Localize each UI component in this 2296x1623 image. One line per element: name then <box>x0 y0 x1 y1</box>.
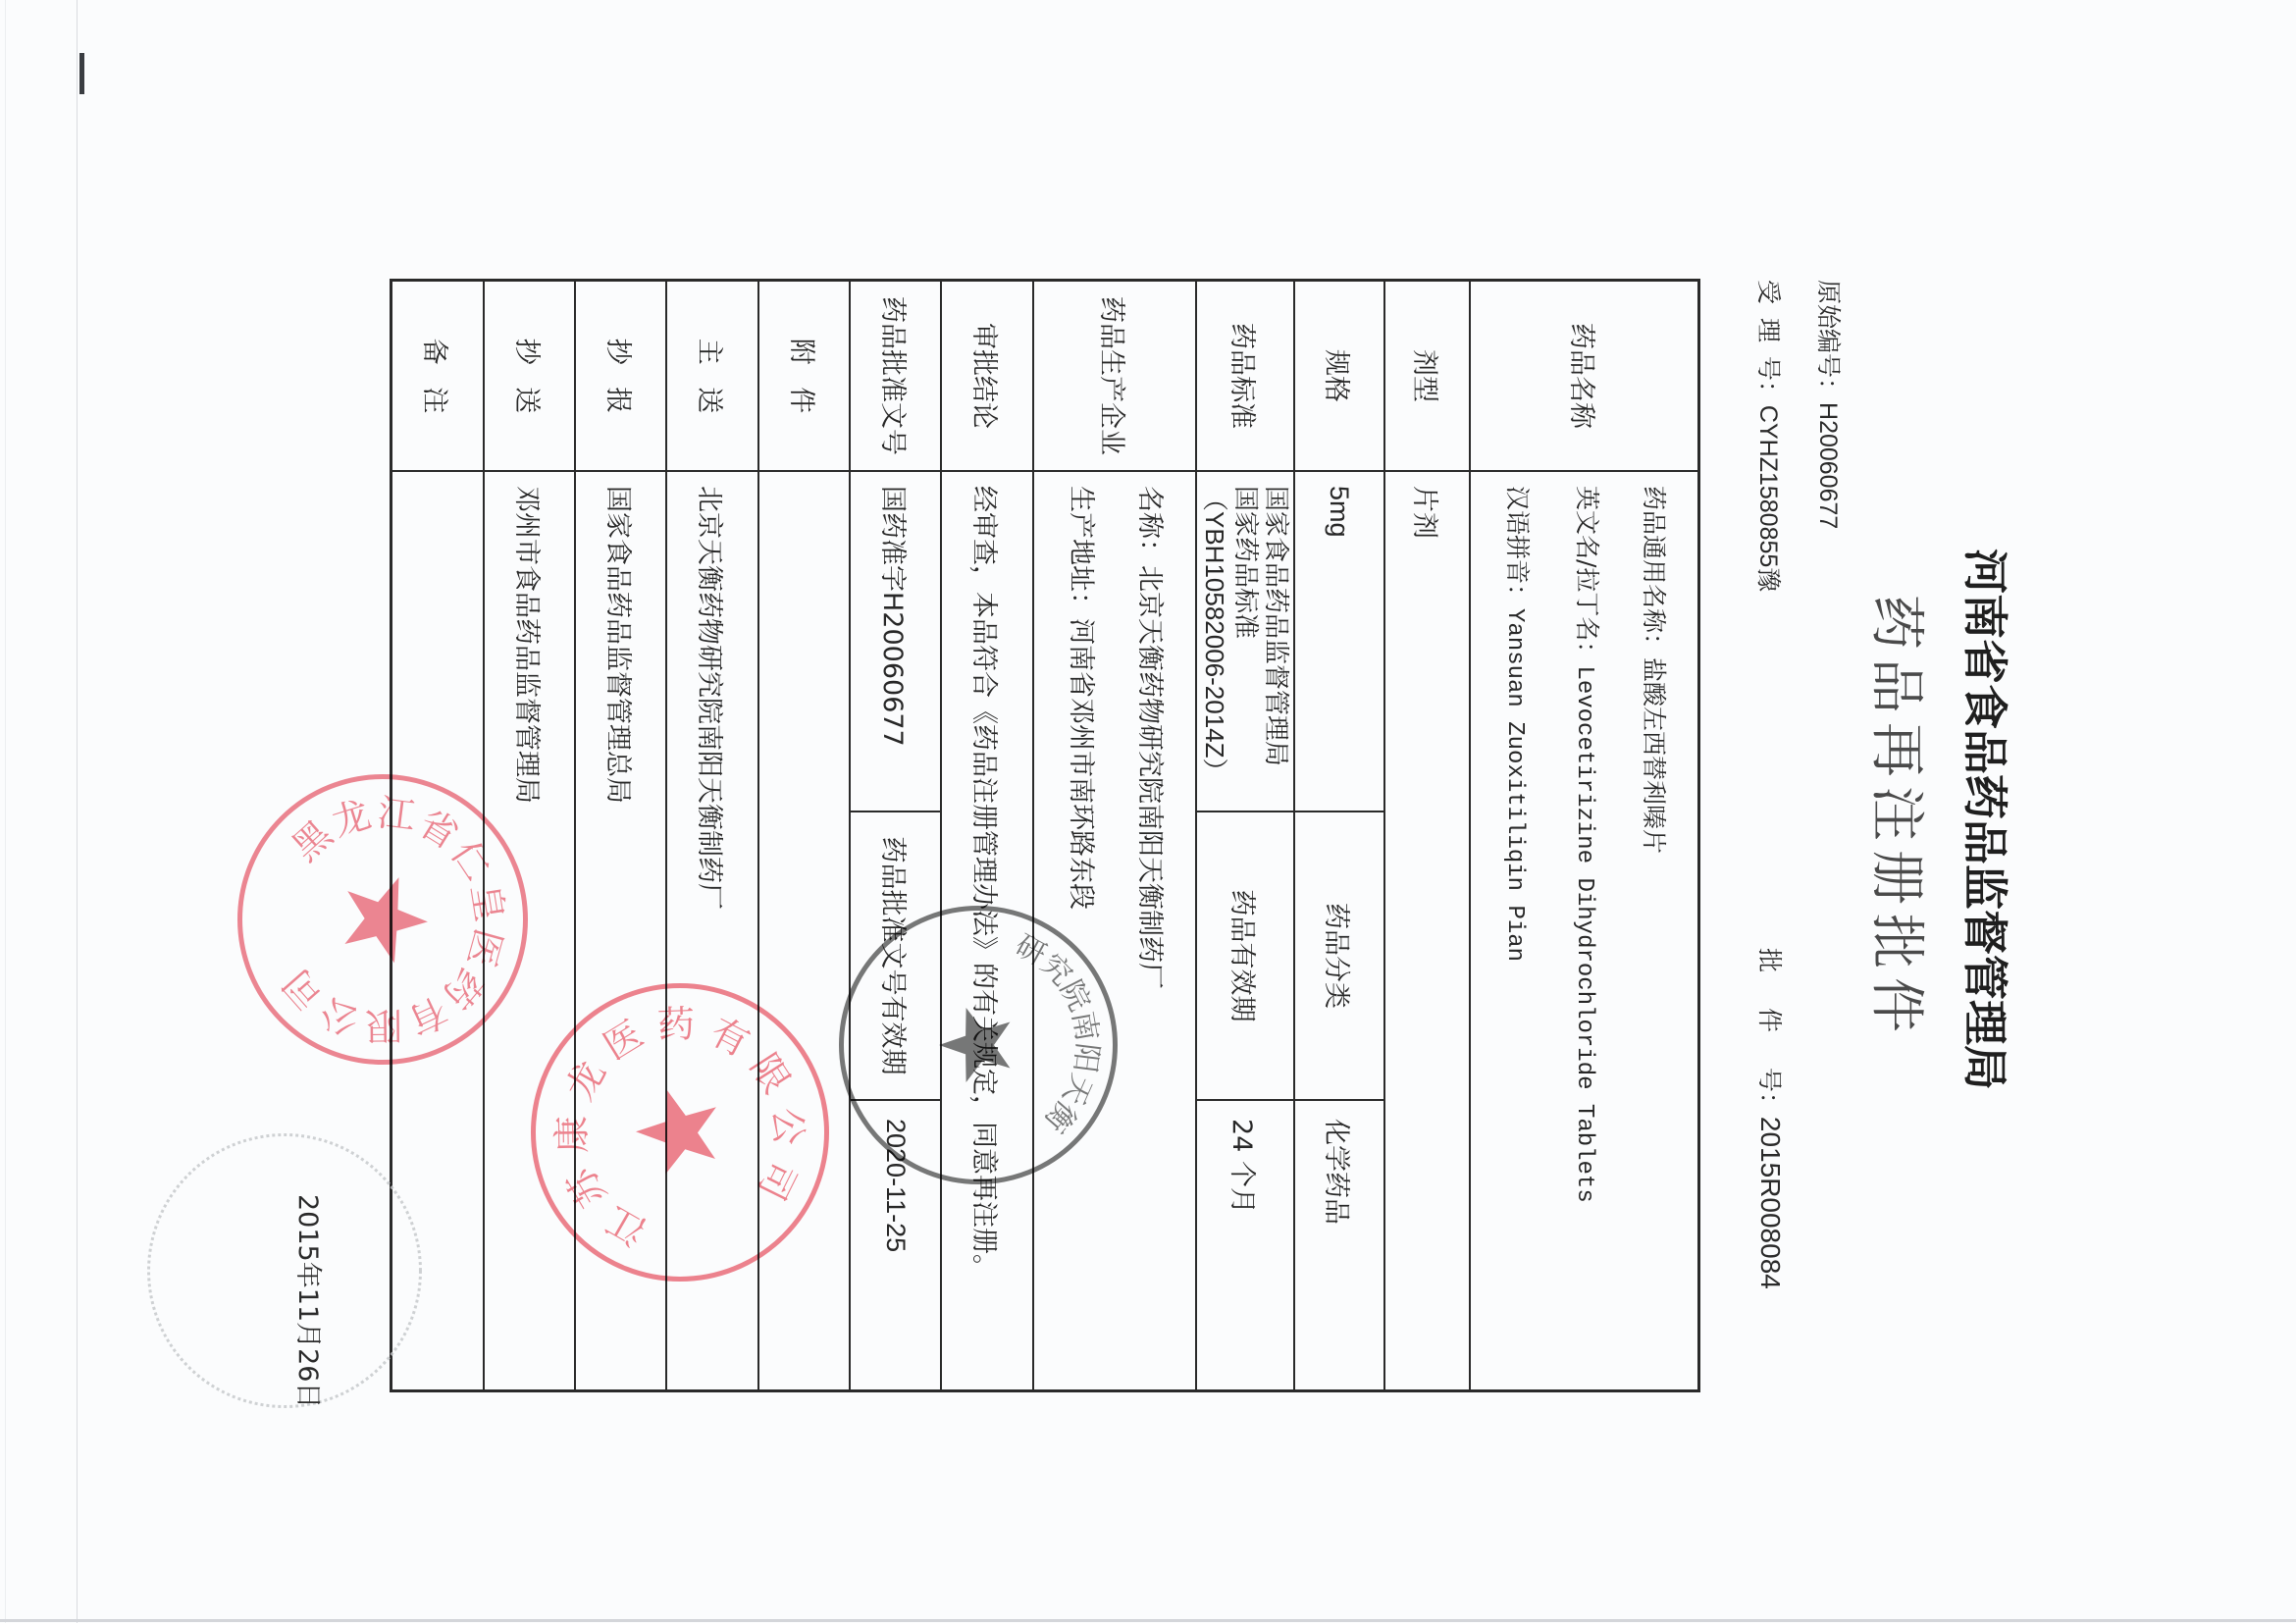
red-company-seal: 江苏康龙医药有限公司 <box>531 983 829 1282</box>
label-attachment: 附 件 <box>757 282 849 472</box>
shelf-life-value: 24 个月 <box>1195 1101 1293 1389</box>
original-number: 原始编号：H20060677 <box>1815 280 1841 529</box>
star-icon <box>625 1077 735 1187</box>
dated-seal-faint <box>147 1133 422 1408</box>
seal-character: 龙 <box>560 1055 611 1106</box>
original-number-value: H20060677 <box>1814 402 1842 529</box>
standard-line: 国家药品标准 <box>1230 486 1261 639</box>
drug-standard-cell: 国家食品药品监督管理局 国家药品标准 （YBH10582006-2014Z） <box>1195 472 1293 812</box>
manufacturer-name-value: 北京天衡药物研究院南阳天衡制药厂 <box>1134 565 1165 989</box>
seal-character: 公 <box>315 992 364 1041</box>
red-company-seal: 黑龙江省仁皇医药有限公司 <box>237 774 528 1065</box>
seal-character: 限 <box>365 1007 402 1044</box>
issue-date: 2015年11月26日 <box>294 1194 321 1408</box>
seal-character: 仁 <box>445 835 497 887</box>
label-approval-number: 药品批准文号 <box>849 282 940 472</box>
seal-character: 南 <box>1068 1010 1102 1044</box>
generic-name-line: 药品通用名称：盐酸左西替利嗪片 <box>1621 486 1688 854</box>
label-report-copy: 抄 报 <box>574 282 665 472</box>
document-title: 药品再注册批件 <box>1868 595 1923 1041</box>
label-drug-category: 药品分类 <box>1293 812 1383 1101</box>
acceptance-number: 受 理 号：CYHZ1580855豫 <box>1755 280 1781 592</box>
approval-number-value: 国药准字H20060677 <box>849 472 940 812</box>
seal-character: 医 <box>598 1015 649 1066</box>
drug-name-cell: 药品通用名称：盐酸左西替利嗪片 英文名/拉丁名：Levocetirizine D… <box>1469 472 1697 1389</box>
approval-document-number-value: 2015R008084 <box>1755 1117 1786 1289</box>
manufacturer-address-label: 生产地址： <box>1066 486 1096 618</box>
label-main-recipient: 主 送 <box>665 282 757 472</box>
dosage-form-value: 片剂 <box>1383 472 1469 1389</box>
english-name-label: 英文名/拉丁名： <box>1574 486 1602 665</box>
pinyin-value: Yansuan Zuoxitiliqin Pian <box>1502 608 1529 962</box>
label-approval-conclusion: 审批结论 <box>940 282 1032 472</box>
scanned-page: 河南省食品药品监督管理局 药品再注册批件 原始编号：H20060677 受 理 … <box>0 0 2296 1623</box>
acceptance-number-value: CYHZ1580855豫 <box>1754 405 1782 592</box>
specification-value: 5mg <box>1293 472 1383 812</box>
seal-character: 有 <box>704 1012 755 1062</box>
manufacturer-address-value: 河南省邓州市南环路东段 <box>1066 618 1096 910</box>
seal-character: 药 <box>438 962 491 1015</box>
standard-line: 国家食品药品监督管理局 <box>1261 486 1291 766</box>
re-registration-approval-document: 河南省食品药品监督管理局 药品再注册批件 原始编号：H20060677 受 理 … <box>0 0 2296 1623</box>
label-shelf-life: 药品有效期 <box>1195 812 1293 1101</box>
seal-character: 阳 <box>1069 1042 1101 1074</box>
issuing-authority: 河南省食品药品监督管理局 <box>1962 549 2008 1090</box>
original-number-label: 原始编号： <box>1814 280 1843 402</box>
label-drug-standard: 药品标准 <box>1195 282 1293 472</box>
english-name-value: Levocetirizine Dihydrochloride Tablets <box>1572 665 1598 1202</box>
manufacturer-name-line: 名称：北京天衡药物研究院南阳天衡制药厂 <box>1115 486 1183 989</box>
seal-character: 药 <box>657 1005 696 1043</box>
attachment-value <box>757 472 849 1389</box>
seal-character: 公 <box>768 1107 808 1146</box>
label-drug-name: 药品名称 <box>1469 282 1697 472</box>
pinyin-label: 汉语拼音： <box>1504 486 1533 608</box>
seal-character: 苏 <box>561 1162 612 1213</box>
seal-character: 限 <box>745 1048 797 1100</box>
label-remarks: 备 注 <box>392 282 483 472</box>
drug-category-value: 化学药品 <box>1293 1101 1383 1389</box>
pinyin-line: 汉语拼音：Yansuan Zuoxitiliqin Pian <box>1482 486 1551 962</box>
acceptance-number-label: 受 理 号： <box>1754 280 1783 405</box>
label-manufacturer: 药品生产企业 <box>1032 282 1195 472</box>
seal-character: 江 <box>375 794 416 835</box>
label-dosage-form: 剂型 <box>1383 282 1469 472</box>
label-copy-to: 抄 送 <box>483 282 574 472</box>
star-icon <box>939 1006 1018 1084</box>
gray-manufacturer-seal: 研究院南阳天衡 <box>839 906 1118 1184</box>
seal-character: 医 <box>462 925 508 971</box>
generic-name-value: 盐酸左西替利嗪片 <box>1641 657 1669 854</box>
seal-character: 黑 <box>286 814 339 867</box>
manufacturer-name-label: 名称： <box>1134 486 1165 565</box>
seal-character: 司 <box>752 1155 802 1205</box>
generic-name-label: 药品通用名称： <box>1641 486 1669 657</box>
seal-character: 龙 <box>328 795 375 842</box>
label-specification: 规格 <box>1293 282 1383 472</box>
seal-character: 江 <box>600 1200 652 1251</box>
seal-character: 皇 <box>466 881 508 923</box>
approval-document-number: 批 件 号：2015R008084 <box>1756 948 1784 1289</box>
seal-character: 康 <box>553 1115 592 1153</box>
approval-document-number-label: 批 件 号： <box>1755 948 1784 1117</box>
standard-code: （YBH10582006-2014Z） <box>1200 486 1230 784</box>
star-icon <box>336 872 431 968</box>
manufacturer-address-line: 生产地址：河南省邓州市南环路东段 <box>1046 486 1115 910</box>
english-name-line: 英文名/拉丁名：Levocetirizine Dihydrochloride T… <box>1551 486 1621 1203</box>
